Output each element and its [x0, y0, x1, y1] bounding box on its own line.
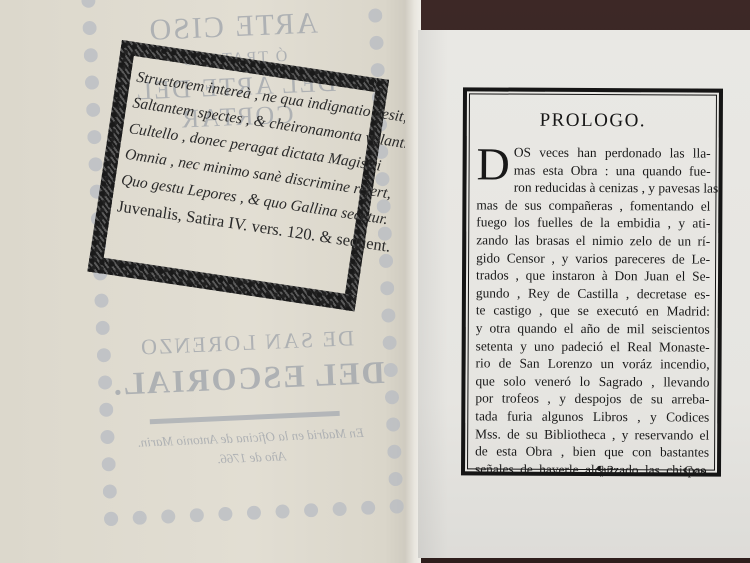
- text-line: señales de haverle alcanzado las chispas…: [475, 460, 709, 479]
- text-line: zando las brasas el nimio zelo de un rí-: [476, 231, 710, 250]
- text-line: y otra quando el año de mil seiscientos: [476, 319, 710, 338]
- epigraph-text: Structorem intereà , ne qua indignatio d…: [115, 65, 369, 254]
- signature-mark: ¶ 2: [597, 464, 614, 480]
- text-line: OS veces han perdonado las lla-: [477, 143, 711, 162]
- text-line: que solo veneró lo Sagrado , llevando: [475, 372, 709, 391]
- text-line: te castigo , que se executó en Madrid:: [476, 302, 710, 321]
- catchword: Con: [684, 464, 707, 480]
- text-line: por trofeos , y despojos de su arreba-: [475, 390, 709, 409]
- text-line: mas de sus compañeras , fomentando el: [476, 196, 710, 215]
- text-line: mas esta Obra : una quando fue-: [477, 161, 711, 180]
- text-line: gundo , Rey de Castilla , decretase es-: [476, 284, 710, 303]
- text-line: de esta Obra , bien que con bastantes: [475, 442, 709, 461]
- drop-cap: D: [477, 145, 510, 183]
- text-line: Mss. de su Bibliotheca , y reservando el: [475, 425, 709, 444]
- text-line: rio de San Lorenzo un voráz incendio,: [476, 355, 710, 374]
- epigraph-box: Structorem intereà , ne qua indignatio d…: [87, 40, 389, 311]
- prologue-frame: PROLOGO. D OS veces han perdonado las ll…: [461, 87, 723, 476]
- text-line: fuego los fuelles de la embidia , y ati-: [476, 214, 710, 233]
- text-line: gido Censor , y varios pareceres de Le-: [476, 249, 710, 268]
- prologue-body: D OS veces han perdonado las lla- mas es…: [475, 143, 711, 479]
- text-line: tada furia algunos Libros , y Codices: [475, 407, 709, 426]
- page-heading: PROLOGO.: [467, 109, 719, 132]
- text-line: setenta y uno padeció el Real Monaste-: [476, 337, 710, 356]
- left-page: ARTE CISO Ó TRATADO DEL ARTE DEL CORTAR …: [0, 0, 418, 563]
- text-line: ron reducidas à cenizas , y pavesas las: [476, 179, 710, 198]
- text-line: trados , que instaron à Don Juan el Se-: [476, 267, 710, 286]
